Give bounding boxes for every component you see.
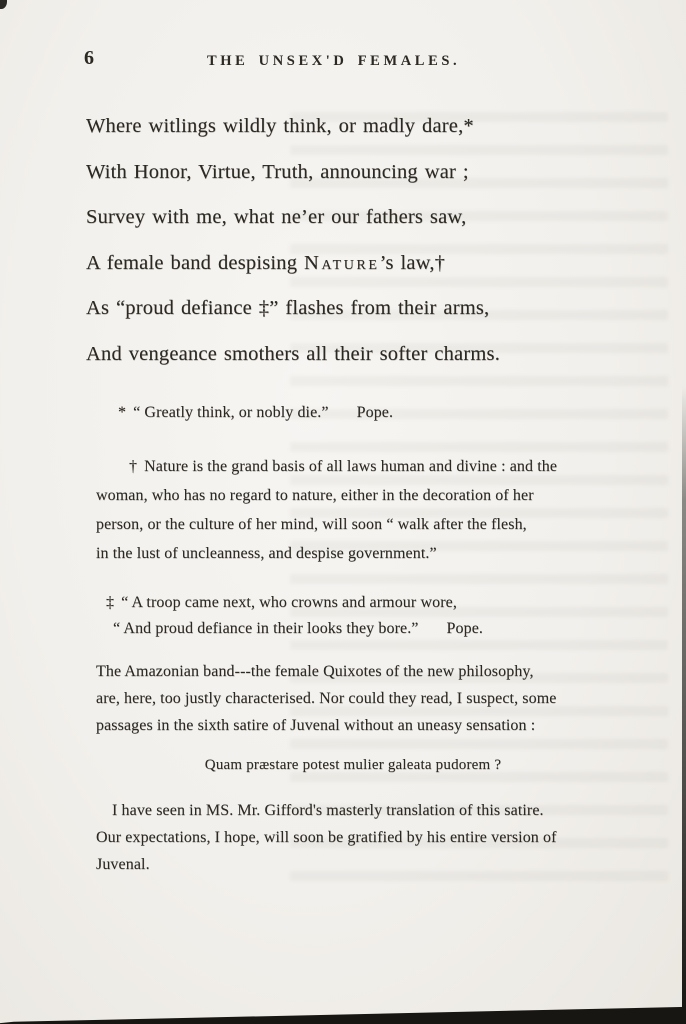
poem-line: Where witlings wildly think, or madly da… [86,104,500,150]
footnote-star: *“ Greatly think, or nobly die.”Pope. [118,404,393,422]
latin-quote: Quam præstare potest mulier galeata pudo… [33,757,673,774]
footnote-attribution: Pope. [357,404,394,422]
poem-line-text: A female band despising [86,252,304,274]
running-title: THE UNSEX'D FEMALES. [207,53,460,70]
poem-line: A female band despising Nature’s law,† [86,241,500,287]
footnote-text: “ A troop came next, who crowns and armo… [121,594,457,611]
paragraph-line: Juvenal. [96,851,652,878]
poem-line: As “proud defiance ‡” flashes from their… [86,286,500,332]
footnote-double-dagger: ‡“ A troop came next, who crowns and arm… [106,590,483,642]
footnote-dagger: †Nature is the grand basis of all laws h… [96,452,652,568]
asterisk-marker: * [118,404,126,422]
poem: Where witlings wildly think, or madly da… [86,104,500,377]
paragraph-amazonian-band: The Amazonian band---the female Quixotes… [96,658,652,739]
footnote-line: “ And proud defiance in their looks they… [106,616,483,642]
footnote-attribution: Pope. [447,616,484,642]
footnote-line: woman, who has no regard to nature, eith… [96,481,652,510]
poem-line: With Honor, Virtue, Truth, announcing wa… [86,150,500,196]
footnote-text: “ And proud defiance in their looks they… [113,620,419,637]
paragraph-line: are, here, too justly characterised. Nor… [96,685,652,712]
paragraph-gifford-translation: I have seen in MS. Mr. Gifford's masterl… [96,797,652,878]
small-caps-word: Nature [304,252,380,274]
poem-line: Survey with me, what ne’er our fathers s… [86,195,500,241]
footnote-line: in the lust of uncleanness, and despise … [96,539,652,568]
poem-line-text: ’s law,† [380,252,446,274]
footnote-line: person, or the culture of her mind, will… [96,510,652,539]
dagger-marker: † [129,452,137,481]
scan-corner-mark [0,0,7,9]
footnote-line: †Nature is the grand basis of all laws h… [96,452,652,481]
book-page-scan: 6 THE UNSEX'D FEMALES. Where witlings wi… [0,0,686,1024]
paragraph-line: I have seen in MS. Mr. Gifford's masterl… [96,797,652,824]
page-number: 6 [84,47,95,70]
paragraph-line: The Amazonian band---the female Quixotes… [96,658,652,685]
page-bottom-edge-shadow [0,1002,686,1024]
footnote-text: Nature is the grand basis of all laws hu… [144,458,557,475]
paragraph-line: Our expectations, I hope, will soon be g… [96,824,652,851]
footnote-line: ‡“ A troop came next, who crowns and arm… [106,590,483,616]
double-dagger-marker: ‡ [106,590,114,616]
paragraph-line: passages in the sixth satire of Juvenal … [96,712,652,739]
poem-line: And vengeance smothers all their softer … [86,332,500,378]
page-right-edge-shadow [682,386,686,1024]
footnote-text: “ Greatly think, or nobly die.” [133,404,329,421]
